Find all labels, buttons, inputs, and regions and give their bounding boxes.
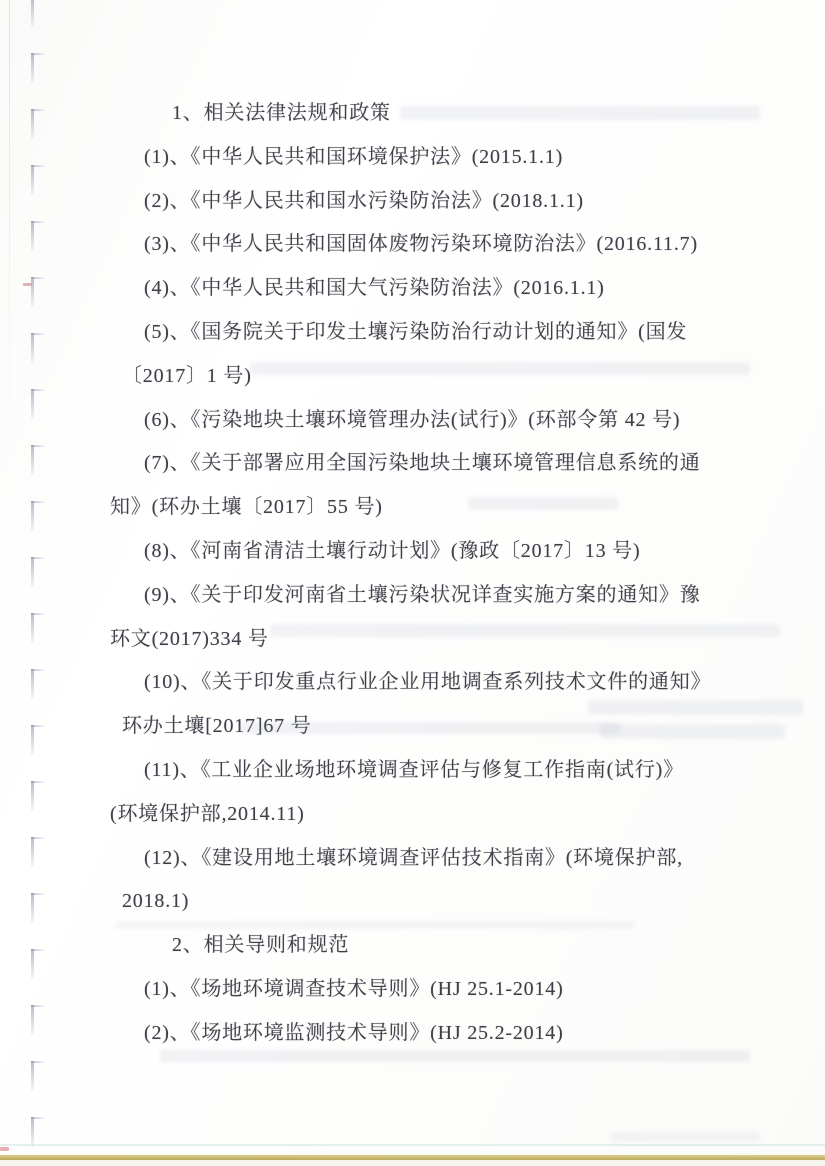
bleed-through-mark	[250, 362, 750, 375]
bleed-through-mark	[400, 106, 760, 120]
section-heading: 2、相关导则和规范	[0, 924, 825, 968]
scan-page: 1、相关法律法规和政策 (1)、《中华人民共和国环境保护法》(2015.1.1)…	[0, 0, 825, 1166]
scan-bottom-faint-line	[0, 1144, 825, 1146]
list-item-continuation: (环境保护部,2014.11)	[0, 793, 825, 837]
list-item: (7)、《关于部署应用全国污染地块土壤环境管理信息系统的通	[0, 442, 825, 486]
binding-hole-mark	[31, 53, 44, 83]
bleed-through-mark	[468, 497, 618, 510]
list-item: (4)、《中华人民共和国大气污染防治法》(2016.1.1)	[0, 267, 825, 311]
scan-artifact	[0, 1147, 9, 1151]
bleed-through-mark	[240, 722, 620, 734]
bleed-through-mark	[115, 921, 635, 929]
bleed-through-mark	[600, 724, 785, 739]
list-item: (1)、《场地环境调查技术导则》(HJ 25.1-2014)	[0, 968, 825, 1012]
binding-hole-mark	[31, 1117, 44, 1147]
bleed-through-mark	[270, 624, 780, 637]
list-item: (9)、《关于印发河南省土壤污染状况详查实施方案的通知》豫	[0, 574, 825, 618]
list-item: (11)、《工业企业场地环境调查评估与修复工作指南(试行)》	[0, 749, 825, 793]
bleed-through-mark	[160, 1050, 750, 1062]
bleed-through-mark	[610, 1132, 760, 1142]
list-item-continuation: 知》(环办土壤〔2017〕55 号)	[0, 486, 825, 530]
document-body: 1、相关法律法规和政策 (1)、《中华人民共和国环境保护法》(2015.1.1)…	[0, 92, 825, 1056]
bleed-through-mark	[588, 700, 803, 715]
list-item: (8)、《河南省清洁土壤行动计划》(豫政〔2017〕13 号)	[0, 530, 825, 574]
list-item: (10)、《关于印发重点行业企业用地调查系列技术文件的通知》	[0, 661, 825, 705]
list-item: (3)、《中华人民共和国固体废物污染环境防治法》(2016.11.7)	[0, 223, 825, 267]
scan-artifact	[23, 283, 32, 286]
list-item: (5)、《国务院关于印发土壤污染防治行动计划的通知》(国发	[0, 311, 825, 355]
scanner-bed-strip	[0, 1160, 825, 1166]
list-item: (12)、《建设用地土壤环境调查评估技术指南》(环境保护部,	[0, 837, 825, 881]
binding-hole-mark	[31, 1061, 44, 1091]
list-item: (6)、《污染地块土壤环境管理办法(试行)》(环部令第 42 号)	[0, 399, 825, 443]
list-item: (1)、《中华人民共和国环境保护法》(2015.1.1)	[0, 136, 825, 180]
binding-hole-mark	[31, 0, 44, 27]
list-item-continuation: 2018.1)	[0, 880, 825, 924]
list-item: (2)、《中华人民共和国水污染防治法》(2018.1.1)	[0, 180, 825, 224]
list-item: (2)、《场地环境监测技术导则》(HJ 25.2-2014)	[0, 1012, 825, 1056]
